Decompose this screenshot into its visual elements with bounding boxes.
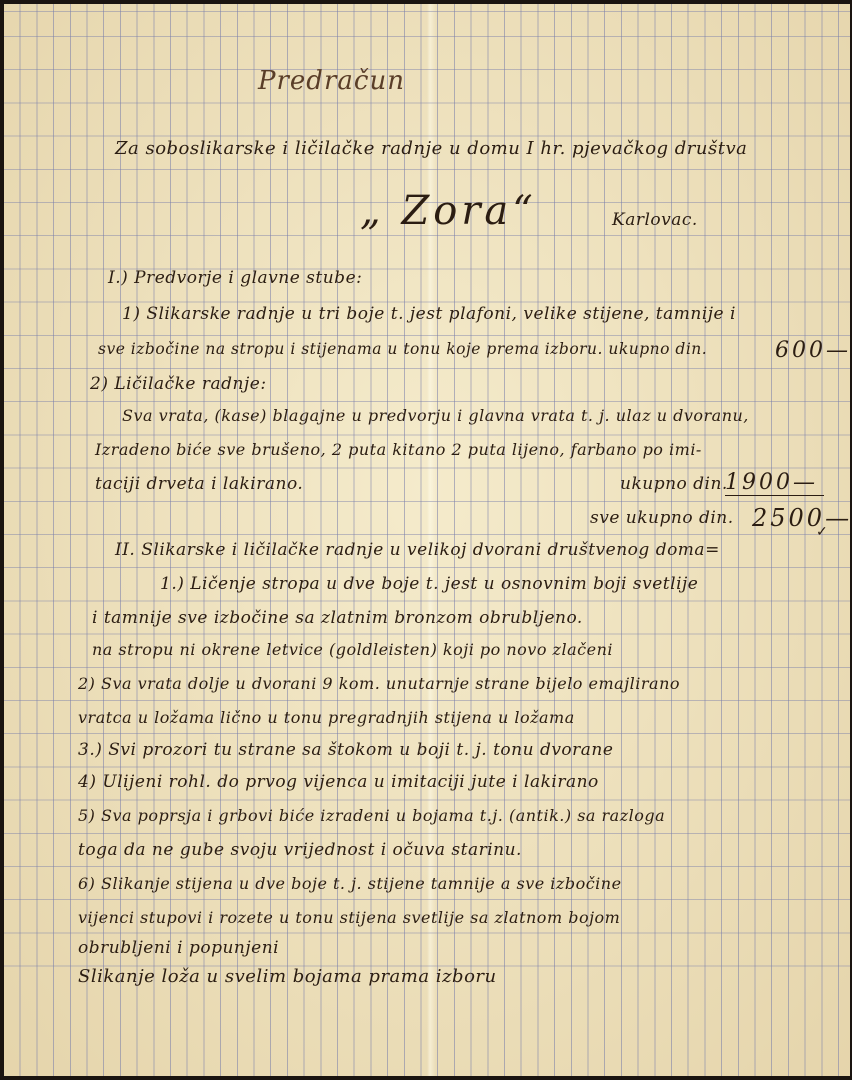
section-2-line: 6) Slikanje stijena u dve boje t. j. sti…	[78, 874, 622, 893]
check-mark-icon: ✓	[816, 524, 828, 540]
section-1-item1-amount: 600—	[775, 338, 851, 363]
section-1-item2-line1: Sva vrata, (kase) blagajne u predvorju i…	[122, 406, 749, 425]
section-2-line: vratca u ložama lično u tonu pregradnjih…	[78, 708, 575, 727]
section-2-heading: II. Slikarske i ličilačke radnje u velik…	[115, 540, 720, 560]
section-2-line: 5) Sva poprsja i grbovi biće izradeni u …	[78, 806, 665, 825]
subtotal-label: ukupno din.	[620, 474, 728, 494]
section-2-line: toga da ne gube svoju vrijednost i očuva…	[78, 840, 522, 860]
section-1-item2-line3: taciji drveta i lakirano.	[95, 474, 303, 494]
section-1-item1-line1: 1) Slikarske radnje u tri boje t. jest p…	[122, 304, 736, 324]
subtotal-amount: 1900—	[725, 470, 824, 496]
document-subtitle: Za soboslikarske i ličilačke radnje u do…	[115, 138, 747, 159]
total-label: sve ukupno din.	[590, 508, 734, 528]
section-1-item2-heading: 2) Ličilačke radnje:	[90, 374, 267, 394]
section-2-line: 1.) Ličenje stropa u dve boje t. jest u …	[160, 574, 698, 594]
section-2-line: obrubljeni i popunjeni	[78, 938, 279, 958]
city-name: Karlovac.	[612, 210, 698, 230]
section-2-line: i tamnije sve izbočine sa zlatnim bronzo…	[92, 608, 583, 628]
document-title: Predračun	[258, 66, 405, 96]
section-2-line: vijenci stupovi i rozete u tonu stijena …	[78, 908, 620, 927]
society-name: „ Zora“	[360, 188, 537, 234]
section-1-item2-line2: Izradeno biće sve brušeno, 2 puta kitano…	[95, 440, 702, 459]
total-amount: 2500—	[752, 504, 852, 532]
section-2-line: 2) Sva vrata dolje u dvorani 9 kom. unut…	[78, 674, 680, 693]
section-2-line: Slikanje loža u svelim bojama prama izbo…	[78, 966, 497, 987]
section-2-line: na stropu ni okrene letvice (goldleisten…	[92, 640, 613, 659]
section-1-item1-line2: sve izbočine na stropu i stijenama u ton…	[98, 340, 707, 358]
section-2-line: 3.) Svi prozori tu strane sa štokom u bo…	[78, 740, 613, 760]
section-1-heading: I.) Predvorje i glavne stube:	[108, 268, 362, 288]
section-2-line: 4) Ulijeni rohl. do prvog vijenca u imit…	[78, 772, 599, 792]
